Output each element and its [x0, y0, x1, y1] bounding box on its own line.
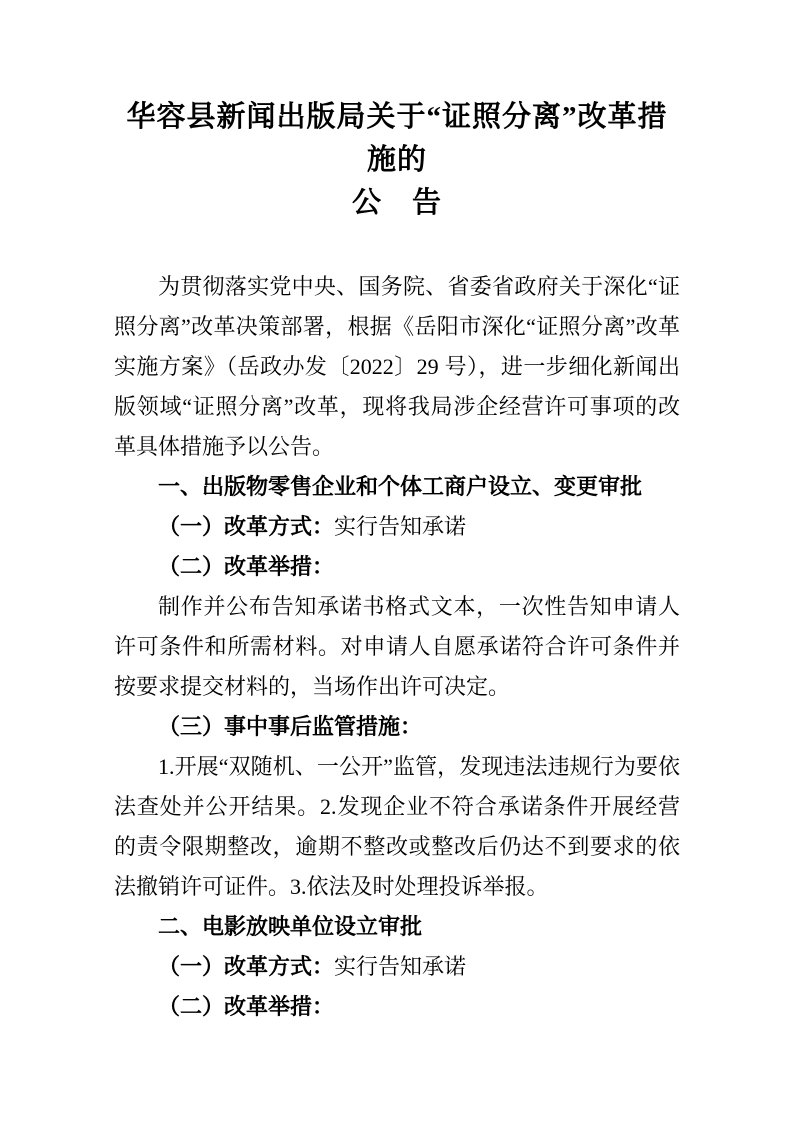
- section-1-item-2-body: 制作并公布告知承诺书格式文本，一次性告知申请人许可条件和所需材料。对申请人自愿承…: [114, 587, 680, 707]
- section-1-item-1: （一）改革方式：实行告知承诺: [114, 507, 680, 547]
- section-1-heading: 一、出版物零售企业和个体工商户设立、变更审批: [114, 467, 680, 507]
- intro-paragraph: 为贯彻落实党中央、国务院、省委省政府关于深化“证照分离”改革决策部署，根据《岳阳…: [114, 267, 680, 467]
- section-2-item-2: （二）改革举措：: [114, 987, 680, 1027]
- document-body: 为贯彻落实党中央、国务院、省委省政府关于深化“证照分离”改革决策部署，根据《岳阳…: [114, 267, 680, 1027]
- section-1-item-1-label: （一）改革方式：: [158, 514, 334, 539]
- section-1-item-3-body: 1.开展“双随机、一公开”监管，发现违法违规行为要依法查处并公开结果。2.发现企…: [114, 747, 680, 907]
- section-2-item-2-label: （二）改革举措：: [158, 994, 334, 1019]
- section-1-item-1-value: 实行告知承诺: [334, 514, 466, 539]
- section-1-item-3: （三）事中事后监管措施：: [114, 707, 680, 747]
- document-title: 华容县新闻出版局关于“证照分离”改革措施的 公 告: [114, 96, 680, 225]
- section-2-heading: 二、电影放映单位设立审批: [114, 907, 680, 947]
- section-1-item-2-label: （二）改革举措：: [158, 554, 334, 579]
- document-page: 华容县新闻出版局关于“证照分离”改革措施的 公 告 为贯彻落实党中央、国务院、省…: [0, 0, 794, 1122]
- section-1-item-2: （二）改革举措：: [114, 547, 680, 587]
- section-2-item-1-value: 实行告知承诺: [334, 954, 466, 979]
- section-2-item-1-label: （一）改革方式：: [158, 954, 334, 979]
- document-title-line-2: 公 告: [114, 182, 680, 225]
- section-1-item-3-label: （三）事中事后监管措施：: [158, 714, 422, 739]
- document-title-line-1: 华容县新闻出版局关于“证照分离”改革措施的: [114, 96, 680, 182]
- title-body-spacer: [114, 225, 680, 267]
- section-2-item-1: （一）改革方式：实行告知承诺: [114, 947, 680, 987]
